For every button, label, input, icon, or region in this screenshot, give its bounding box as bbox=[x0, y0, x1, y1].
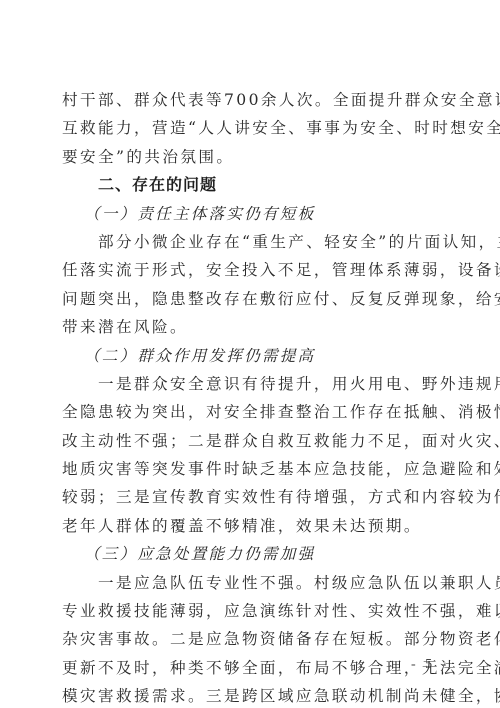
subsection-heading: （一）责任主体落实仍有短板 bbox=[62, 200, 442, 228]
paragraph-intro-end: 村干部、群众代表等700余人次。全面提升群众安全意识和自救 互救能力，营造“人人… bbox=[62, 86, 442, 171]
text-line: 更新不及时，种类不够全面，布局不够合理，无法完全满足大规 bbox=[62, 654, 442, 682]
section-heading: 二、存在的问题 bbox=[62, 171, 442, 199]
text-line: 带来潜在风险。 bbox=[62, 313, 442, 341]
text-line: 杂灾害事故。二是应急物资储备存在短板。部分物资老化，装备 bbox=[62, 625, 442, 653]
text-line: 改主动性不强；二是群众自救互救能力不足，面对火灾、洪水、 bbox=[62, 427, 442, 455]
text-line: 一是群众安全意识有待提升，用火用电、野外违规用火等安 bbox=[62, 370, 442, 398]
subsection-2: （二）群众作用发挥仍需提高 一是群众安全意识有待提升，用火用电、野外违规用火等安… bbox=[62, 342, 442, 541]
text-line: 部分小微企业存在“重生产、轻安全”的片面认知，主体责 bbox=[62, 228, 442, 256]
subsection-3: （三）应急处置能力仍需加强 一是应急队伍专业性不强。村级应急队伍以兼职人员为主，… bbox=[62, 540, 442, 708]
text-line: 村干部、群众代表等700余人次。全面提升群众安全意识和自救 bbox=[62, 86, 442, 114]
subsection-1: （一）责任主体落实仍有短板 部分小微企业存在“重生产、轻安全”的片面认知，主体责… bbox=[62, 200, 442, 342]
text-line: 模灾害救援需求。三是跨区域应急联动机制尚未健全，协同处置 bbox=[62, 682, 442, 708]
text-line: 专业救援技能薄弱，应急演练针对性、实效性不强，难以应对复 bbox=[62, 597, 442, 625]
text-line: 任落实流于形式，安全投入不足，管理体系薄弱，设备设施老化 bbox=[62, 256, 442, 284]
subsection-heading: （二）群众作用发挥仍需提高 bbox=[62, 342, 442, 370]
text-line: 地质灾害等突发事件时缺乏基本应急技能，应急避险和处置能力 bbox=[62, 455, 442, 483]
text-line: 老年人群体的覆盖不够精准，效果未达预期。 bbox=[62, 512, 442, 540]
text-line: 互救能力，营造“人人讲安全、事事为安全、时时想安全、处处 bbox=[62, 114, 442, 142]
text-line: 问题突出，隐患整改存在敷衍应付、反复反弹现象，给安全生产 bbox=[62, 285, 442, 313]
text-line: 较弱；三是宣传教育实效性有待增强，方式和内容较为传统，对 bbox=[62, 483, 442, 511]
subsection-heading: （三）应急处置能力仍需加强 bbox=[62, 540, 442, 568]
text-line: 要安全”的共治氛围。 bbox=[62, 143, 442, 171]
page-number: - 5 - bbox=[411, 657, 449, 673]
text-line: 一是应急队伍专业性不强。村级应急队伍以兼职人员为主， bbox=[62, 569, 442, 597]
text-line: 全隐患较为突出，对安全排查整治工作存在抵触、消极情绪，整 bbox=[62, 398, 442, 426]
document-page-body: 村干部、群众代表等700余人次。全面提升群众安全意识和自救 互救能力，营造“人人… bbox=[62, 86, 442, 708]
